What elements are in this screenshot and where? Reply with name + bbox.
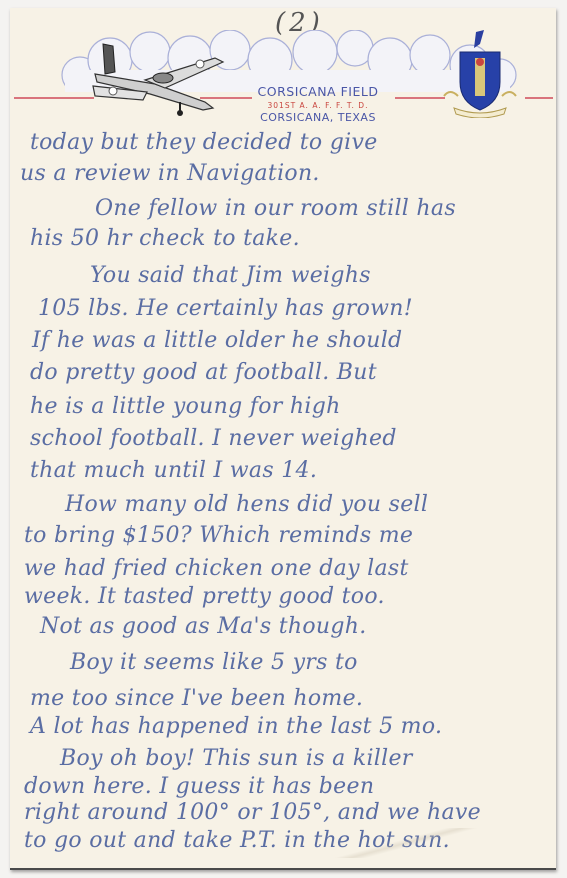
letter-line: to go out and take P.T. in the hot sun. — [24, 828, 450, 853]
letter-line: If he was a little older he should — [32, 328, 402, 353]
letter-line: his 50 hr check to take. — [30, 226, 300, 251]
letter-page: (2) CORSICANA FIELD 301ST A. A. F. F. T.… — [10, 8, 556, 870]
letter-line: he is a little young for high — [30, 394, 341, 419]
letter-line: that much until I was 14. — [30, 458, 317, 483]
letter-line: A lot has happened in the last 5 mo. — [30, 714, 442, 739]
letter-line: me too since I've been home. — [30, 686, 363, 711]
letter-line: down here. I guess it has been — [24, 774, 374, 799]
letter-line: to bring $150? Which reminds me — [24, 523, 413, 548]
letter-line: we had fried chicken one day last — [24, 556, 409, 581]
letter-line: us a review in Navigation. — [20, 161, 320, 186]
letter-line: do pretty good at football. But — [30, 360, 377, 385]
letter-line: Not as good as Ma's though. — [40, 614, 367, 639]
letter-line: One fellow in our room still has — [95, 196, 456, 221]
letter-line: 105 lbs. He certainly has grown! — [38, 296, 413, 321]
letter-line: week. It tasted pretty good too. — [24, 584, 385, 609]
letter-line: school football. I never weighed — [30, 426, 397, 451]
letter-line: Boy oh boy! This sun is a killer — [60, 746, 413, 771]
letter-line: How many old hens did you sell — [65, 492, 428, 517]
letter-body: today but they decided to give us a revi… — [10, 8, 556, 868]
letter-line: You said that Jim weighs — [90, 263, 371, 288]
letter-line: right around 100° or 105°, and we have — [24, 800, 481, 825]
letter-line: Boy it seems like 5 yrs to — [70, 650, 358, 675]
letter-line: today but they decided to give — [30, 130, 378, 155]
